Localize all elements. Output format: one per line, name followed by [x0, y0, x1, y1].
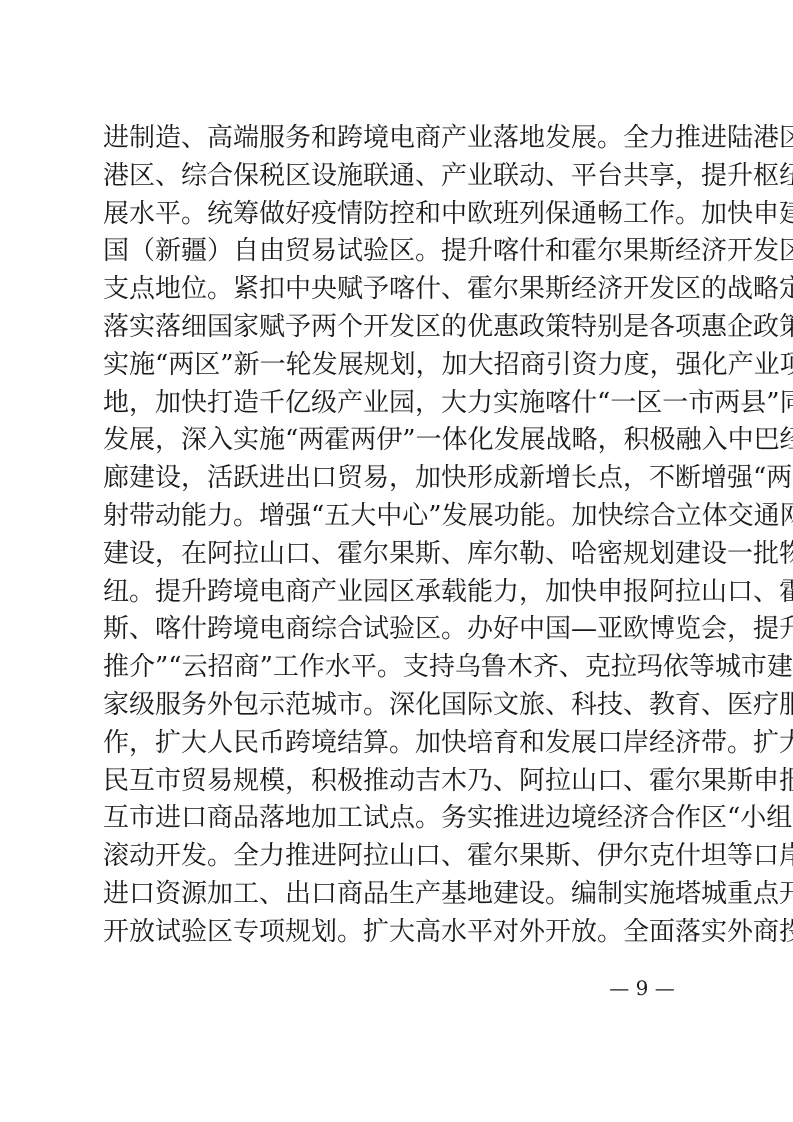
text-line: 发展，深入实施“两霍两伊”一体化发展战略，积极融入中巴经济走: [103, 422, 693, 460]
text-line: 国（新疆）自由贸易试验区。提升喀什和霍尔果斯经济开发区战略: [103, 233, 693, 271]
body-text: 进制造、高端服务和跨境电商产业落地发展。全力推进陆港区、空 港区、综合保税区设施…: [103, 120, 693, 952]
text-line: 展水平。统筹做好疫情防控和中欧班列保通畅工作。加快申建中: [103, 196, 693, 234]
text-line: 斯、喀什跨境电商综合试验区。办好中国—亚欧博览会，提升“云: [103, 611, 693, 649]
text-line: 开放试验区专项规划。扩大高水平对外开放。全面落实外商投资: [103, 914, 693, 952]
text-line: 家级服务外包示范城市。深化国际文旅、科技、教育、医疗服务合: [103, 687, 693, 725]
text-line: 廊建设，活跃进出口贸易，加快形成新增长点，不断增强“两区”辐: [103, 460, 693, 498]
text-line: 作，扩大人民币跨境结算。加快培育和发展口岸经济带。扩大边: [103, 725, 693, 763]
text-line: 地，加快打造千亿级产业园，大力实施喀什“一区一市两县”同城化: [103, 385, 693, 423]
text-line: 支点地位。紧扣中央赋予喀什、霍尔果斯经济开发区的战略定位，: [103, 271, 693, 309]
document-page: 进制造、高端服务和跨境电商产业落地发展。全力推进陆港区、空 港区、综合保税区设施…: [0, 0, 793, 1122]
text-line: 滚动开发。全力推进阿拉山口、霍尔果斯、伊尔克什坦等口岸特色: [103, 838, 693, 876]
text-line: 民互市贸易规模，积极推动吉木乃、阿拉山口、霍尔果斯申报边民: [103, 763, 693, 801]
text-line: 实施“两区”新一轮发展规划，加大招商引资力度，强化产业项目落: [103, 347, 693, 385]
text-line: 落实落细国家赋予两个开发区的优惠政策特别是各项惠企政策，: [103, 309, 693, 347]
text-line: 建设，在阿拉山口、霍尔果斯、库尔勒、哈密规划建设一批物流枢: [103, 536, 693, 574]
text-line: 推介”“云招商”工作水平。支持乌鲁木齐、克拉玛依等城市建设国: [103, 649, 693, 687]
text-line: 射带动能力。增强“五大中心”发展功能。加快综合立体交通网络: [103, 498, 693, 536]
page-number: — 9 —: [592, 976, 692, 1000]
text-line: 进制造、高端服务和跨境电商产业落地发展。全力推进陆港区、空: [103, 120, 693, 158]
text-line: 互市进口商品落地加工试点。务实推进边境经济合作区“小组团”: [103, 800, 693, 838]
text-line: 进口资源加工、出口商品生产基地建设。编制实施塔城重点开发: [103, 876, 693, 914]
text-line: 纽。提升跨境电商产业园区承载能力，加快申报阿拉山口、霍尔果: [103, 574, 693, 612]
text-line: 港区、综合保税区设施联通、产业联动、平台共享，提升枢纽经济发: [103, 158, 693, 196]
